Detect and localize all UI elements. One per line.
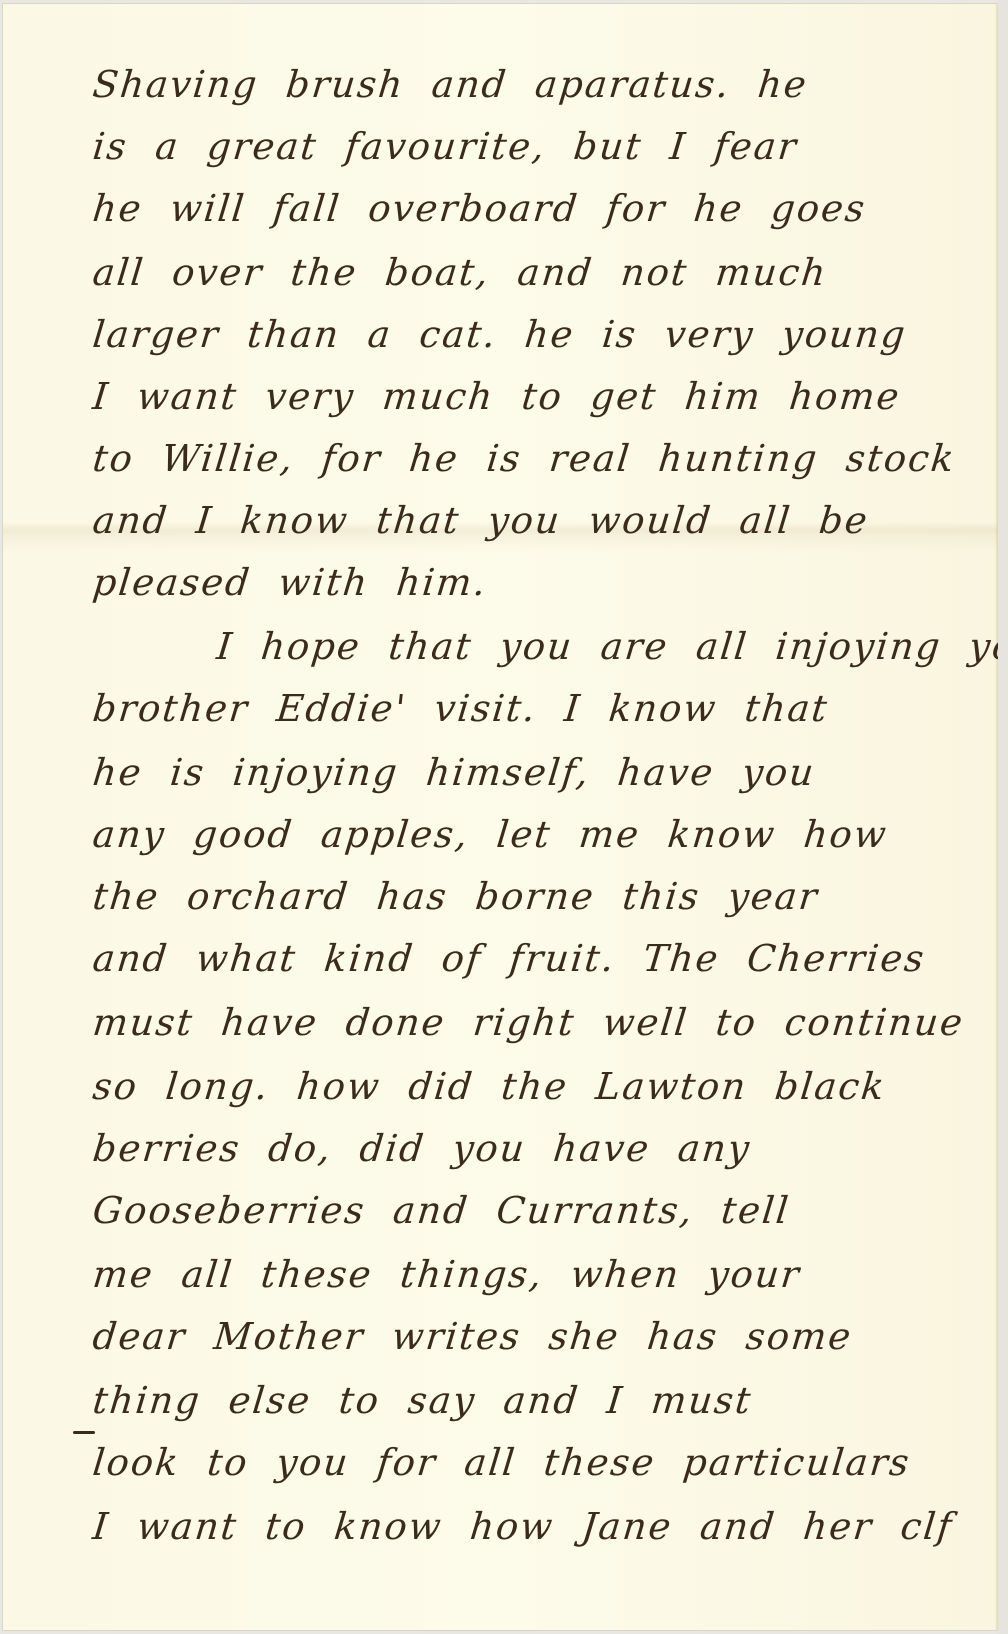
letter-page: Shaving brush and aparatus. he is a grea… xyxy=(3,4,998,1630)
letter-line-12: he is injoying himself, have you xyxy=(91,754,817,791)
letter-line-2: is a great favourite, but I fear xyxy=(91,128,800,165)
letter-line-18: berries do, did you have any xyxy=(91,1130,753,1167)
letter-line-13: any good apples, let me know how xyxy=(91,816,890,853)
letter-line-21: dear Mother writes she has some xyxy=(91,1318,854,1355)
letter-line-11: brother Eddie' visit. I know that xyxy=(91,690,831,727)
letter-line-22: thing else to say and I must xyxy=(91,1382,754,1419)
letter-line-1: Shaving brush and aparatus. he xyxy=(91,66,810,103)
letter-line-14: the orchard has borne this year xyxy=(91,878,821,915)
letter-line-5: larger than a cat. he is very young xyxy=(91,316,909,353)
letter-line-20: me all these things, when your xyxy=(91,1256,803,1293)
letter-line-24: I want to know how Jane and her clf xyxy=(91,1508,955,1545)
letter-line-16: must have done right well to continue xyxy=(91,1004,966,1041)
letter-line-10: I hope that you are all injoying your xyxy=(215,628,1008,665)
letter-line-9: pleased with him. xyxy=(91,564,489,601)
letter-line-19: Gooseberries and Currants, tell xyxy=(91,1192,792,1229)
letter-line-23: look to you for all these particulars xyxy=(91,1444,913,1481)
letter-line-17: so long. how did the Lawton black xyxy=(91,1068,888,1105)
letter-line-4: all over the boat, and not much xyxy=(91,254,829,291)
letter-line-6: I want very much to get him home xyxy=(91,378,903,415)
letter-line-15: and what kind of fruit. The Cherries xyxy=(91,940,927,977)
scan-border xyxy=(998,0,1008,1634)
letter-line-7: to Willie, for he is real hunting stock xyxy=(91,440,957,477)
letter-line-8: and I know that you would all be xyxy=(91,502,871,539)
letter-line-3: he will fall overboard for he goes xyxy=(91,190,868,227)
hyphen-continuation-mark xyxy=(73,1431,95,1434)
